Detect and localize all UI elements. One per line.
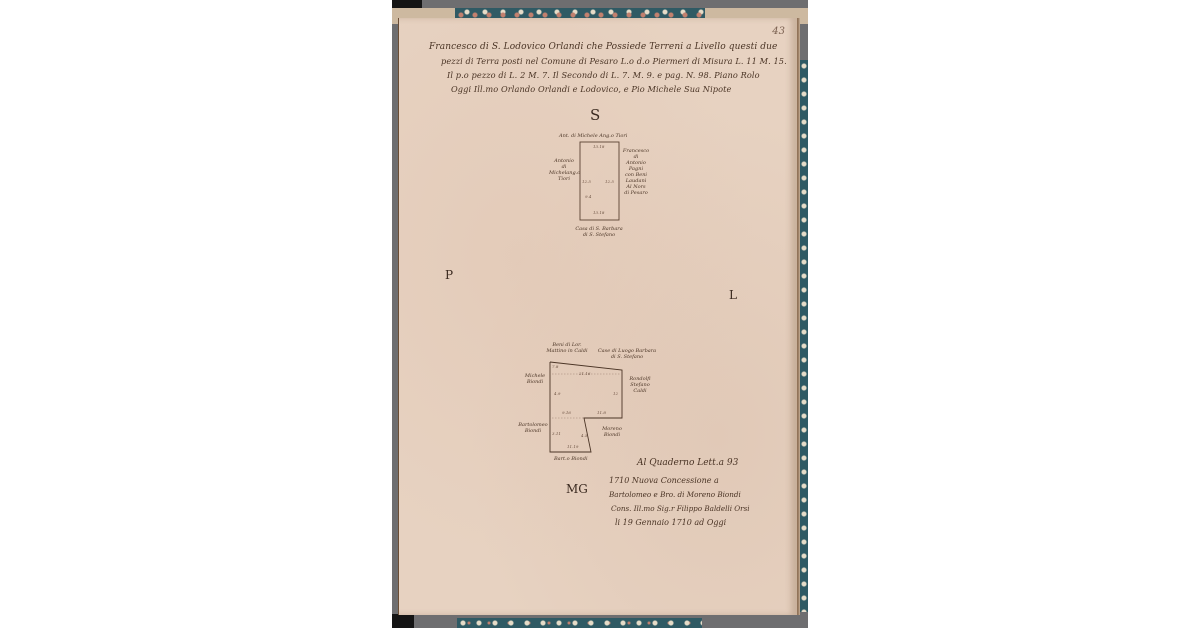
annotation-line-5: li 19 Gennaio 1710 ad Oggi [615,518,726,527]
manuscript-page: 43 Francesco di S. Lodovico Orlandi che … [398,18,797,615]
marbled-endpaper-right [800,60,808,620]
parcel-1-bottom-owner: Casa di S. Barbara di S. Stefano [569,226,629,238]
annotation-line-2: 1710 Nuova Concessione a [609,476,719,485]
parcel-2-measure-mid: 9.16 [562,410,571,415]
parcel-1-left-owner: Antonio di Michelang.o Tiori [549,158,579,182]
manuscript-scan: 43 Francesco di S. Lodovico Orlandi che … [392,0,808,628]
parcel-1-measure-top: 13.18 [593,144,604,149]
parcel-2-right-upper-owner: Rondolfi Stefano Caldi [625,376,655,394]
parcel-1-measure-right: 12.5 [605,179,614,184]
parcel-2-measure-notch: 11.8 [597,410,606,415]
annotation-line-4: Cons. Ill.mo Sig.r Filippo Baldelli Orsi [611,504,750,513]
annotation-line-3: Bartolomeo e Bro. di Moreno Biondi [609,490,741,499]
parcel-2-measure-corner: 7.8 [552,364,558,369]
parcel-1-measure-inner: 9.4 [585,194,591,199]
parcel-drawings [399,18,797,615]
parcel-2-left-upper-owner: Michele Biondi [521,373,549,385]
parcel-2-bottom-owner: Bart.o Biondi [554,456,588,462]
parcel-2-measure-lower-left: 3.11 [552,431,561,436]
parcel-2-measure-top: 21.16 [579,371,590,376]
parcel-2-left-lower-owner: Bartolomeo Biondi [516,422,550,434]
marbled-endpaper-bottom [457,618,702,628]
annotation-line-1: Al Quaderno Lett.a 93 [637,458,738,468]
parcel-2-measure-right: 12 [613,391,618,396]
parcel-2-top-left-owner: Beni di Lor. Mattino in Caldi [542,342,592,354]
parcel-2-measure-bottom: 11.19 [567,444,578,449]
parcel-1-measure-left: 12.5 [582,179,591,184]
parcel-1-measure-bottom: 13.18 [593,210,604,215]
parcel-2-measure-lower-right: 4.5 [581,433,587,438]
parcel-2-top-right-owner: Case di Luogo Barbara di S. Stefano [595,348,659,360]
parcel-1-right-owner: Francesco di Antonio Pagni con Beni Laud… [620,148,652,196]
scan-corner-shadow-bottom [392,614,414,628]
parcel-2-measure-left: 4.9 [554,391,560,396]
parcel-1-top-label: Ant. di Michele Ang.o Tiori [559,133,627,139]
parcel-2-right-lower-owner: Moreno Biondi [597,426,627,438]
